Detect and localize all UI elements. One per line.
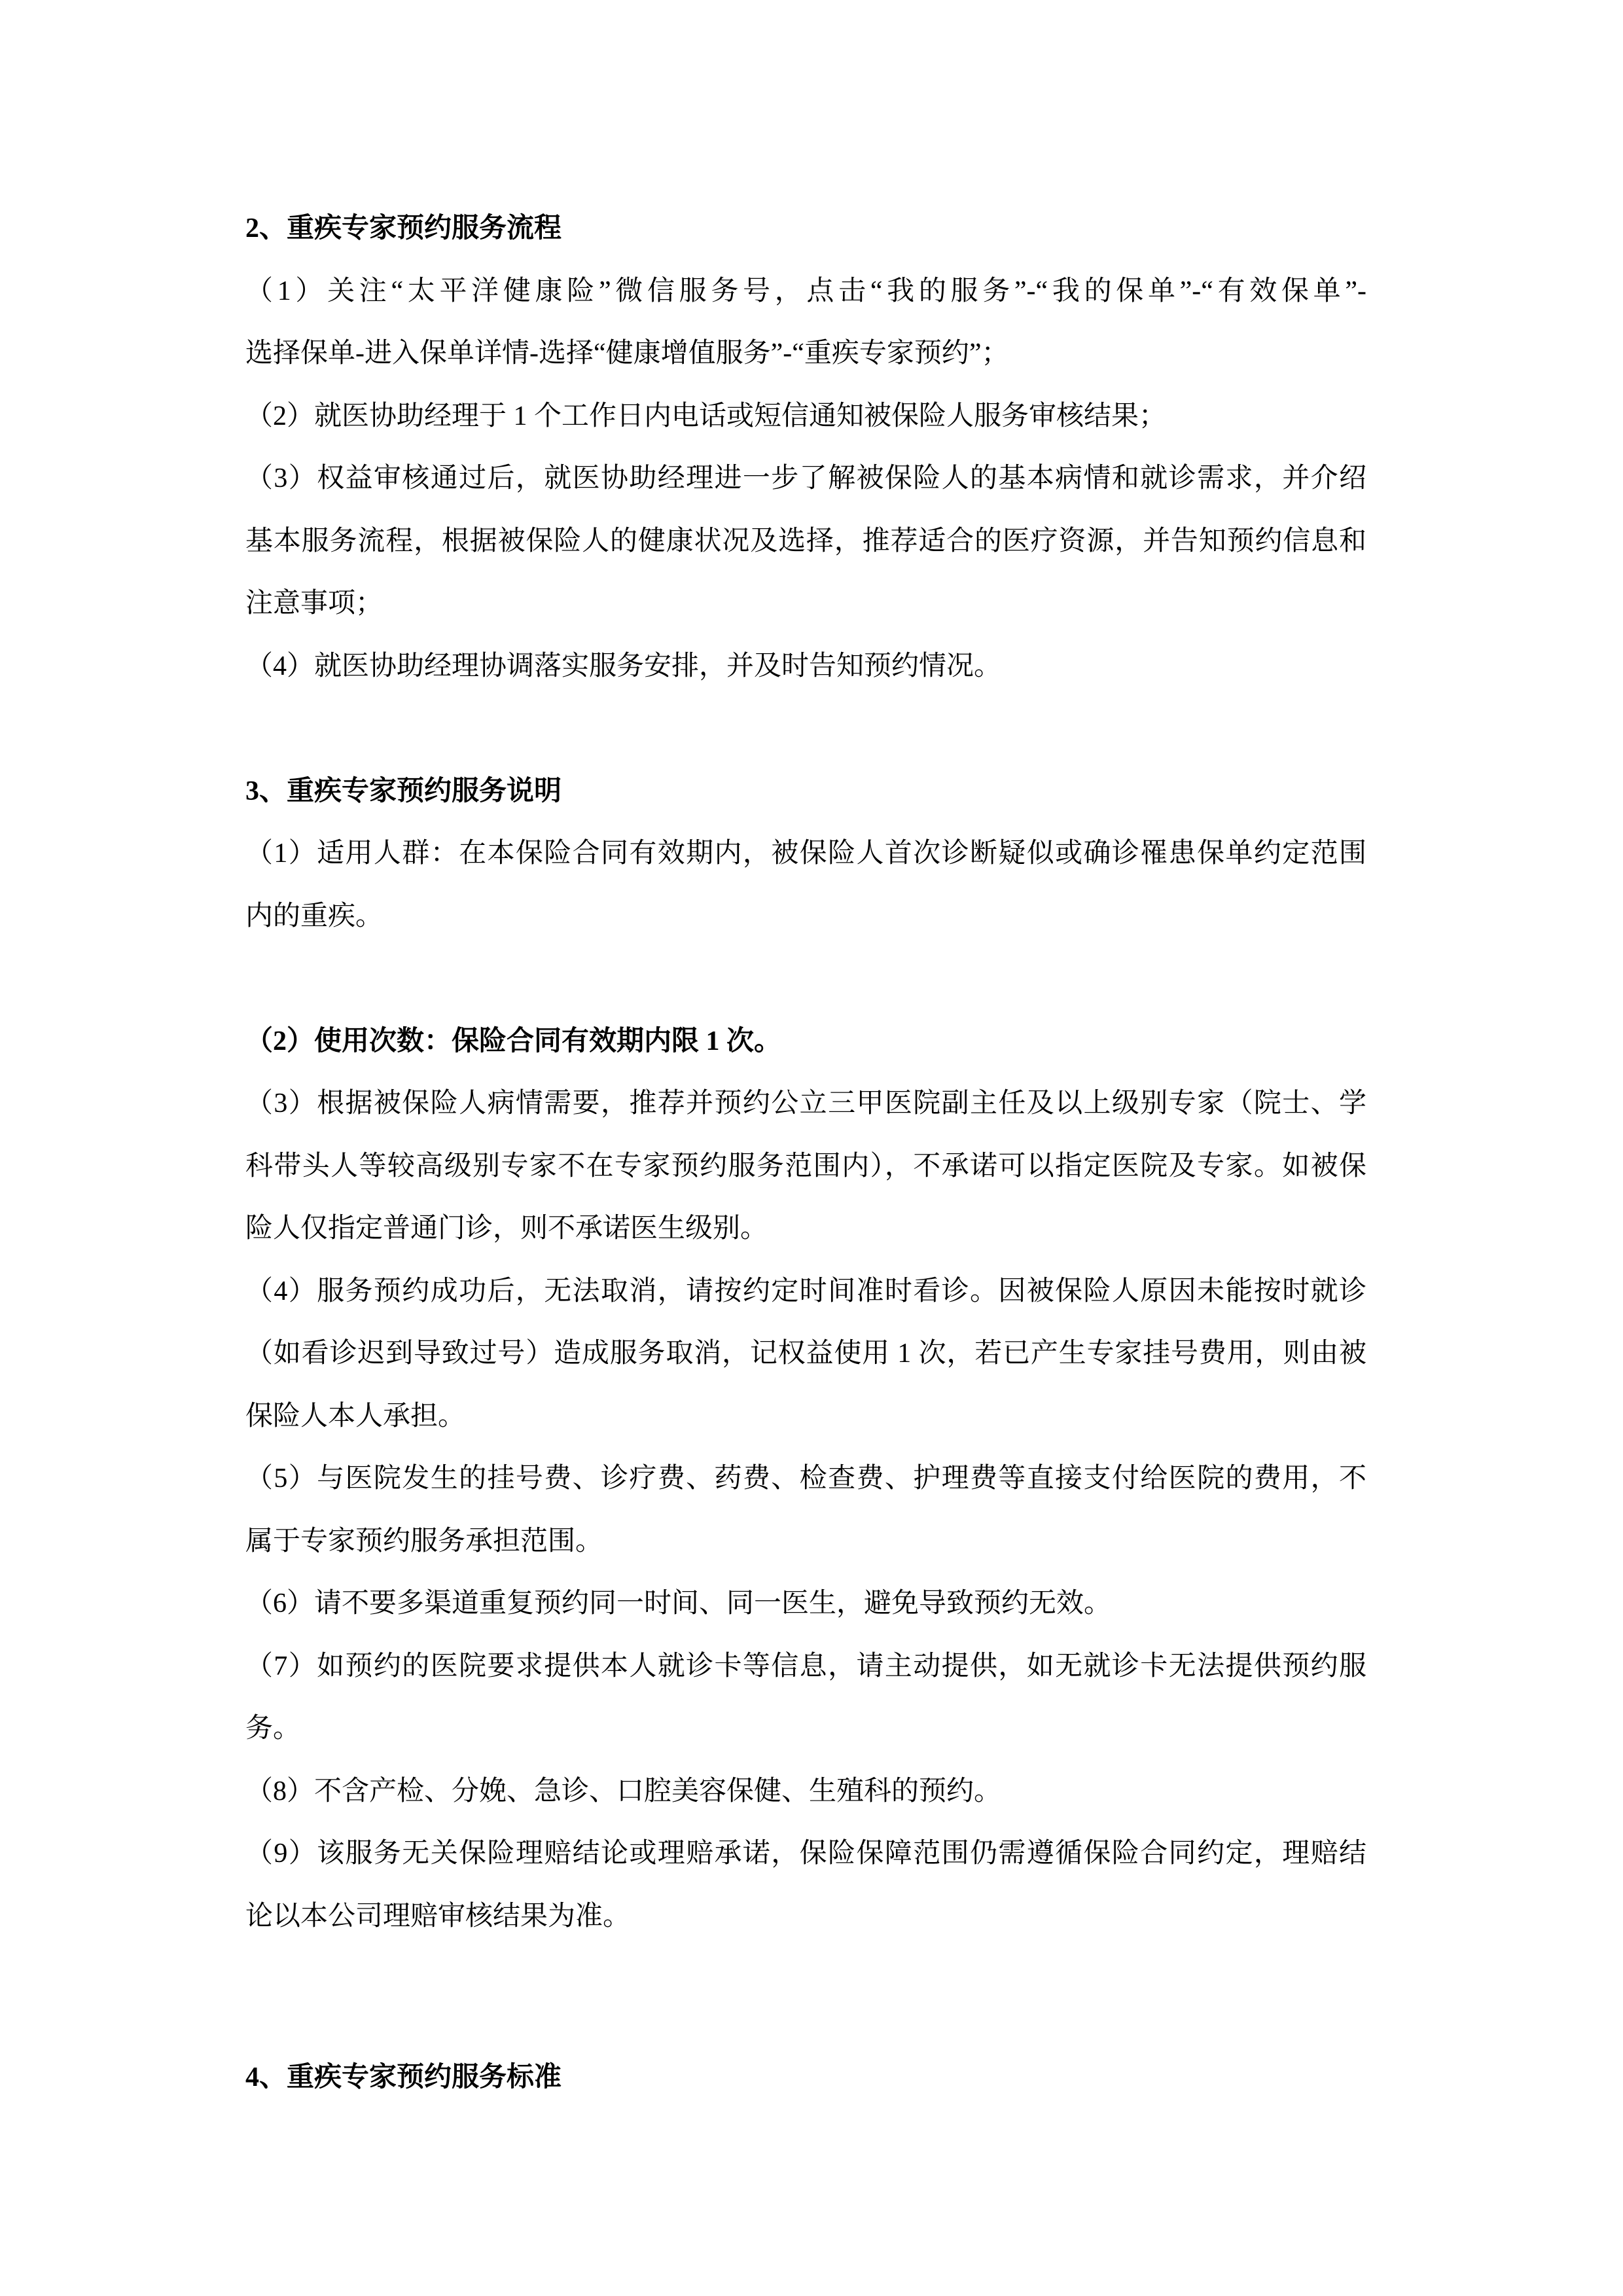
text-line: 基本服务流程，根据被保险人的健康状况及选择，推荐适合的医疗资源，并告知预约信息和 xyxy=(245,511,1366,573)
text-line: （1）适用人群：在本保险合同有效期内，被保险人首次诊断疑似或确诊罹患保单约定范围 xyxy=(245,823,1366,886)
text-line: 论以本公司理赔审核结果为准。 xyxy=(245,1886,1366,1948)
text-line: （5）与医院发生的挂号费、诊疗费、药费、检查费、护理费等直接支付给医院的费用，不 xyxy=(245,1448,1366,1511)
blank-line xyxy=(245,698,1366,761)
text-line: 注意事项； xyxy=(245,573,1366,636)
text-line: （3）权益审核通过后，就医协助经理进一步了解被保险人的基本病情和就诊需求，并介绍 xyxy=(245,448,1366,511)
text-line: 属于专家预约服务承担范围。 xyxy=(245,1511,1366,1573)
text-line: （8）不含产检、分娩、急诊、口腔美容保健、生殖科的预约。 xyxy=(245,1761,1366,1823)
paragraph: （3）根据被保险人病情需要，推荐并预约公立三甲医院副主任及以上级别专家（院士、学… xyxy=(245,1073,1366,1261)
paragraph: （6）请不要多渠道重复预约同一时间、同一医生，避免导致预约无效。 xyxy=(245,1573,1366,1636)
paragraph: （4）就医协助经理协调落实服务安排，并及时告知预约情况。 xyxy=(245,636,1366,698)
text-line: （6）请不要多渠道重复预约同一时间、同一医生，避免导致预约无效。 xyxy=(245,1573,1366,1636)
text-line: 险人仅指定普通门诊，则不承诺医生级别。 xyxy=(245,1198,1366,1261)
paragraph: （5）与医院发生的挂号费、诊疗费、药费、检查费、护理费等直接支付给医院的费用，不… xyxy=(245,1448,1366,1573)
text-line: 内的重疾。 xyxy=(245,886,1366,948)
paragraph: （8）不含产检、分娩、急诊、口腔美容保健、生殖科的预约。 xyxy=(245,1761,1366,1823)
paragraph: （7）如预约的医院要求提供本人就诊卡等信息，请主动提供，如无就诊卡无法提供预约服… xyxy=(245,1636,1366,1761)
text-line: （7）如预约的医院要求提供本人就诊卡等信息，请主动提供，如无就诊卡无法提供预约服 xyxy=(245,1636,1366,1698)
text-line: 务。 xyxy=(245,1698,1366,1761)
text-line: （2）就医协助经理于 1 个工作日内电话或短信通知被保险人服务审核结果； xyxy=(245,386,1366,448)
text-line: （4）就医协助经理协调落实服务安排，并及时告知预约情况。 xyxy=(245,636,1366,698)
paragraph: （2）使用次数：保险合同有效期内限 1 次。 xyxy=(245,1011,1366,1073)
section-heading: 2、重疾专家预约服务流程 xyxy=(245,198,1366,260)
paragraph: （9）该服务无关保险理赔结论或理赔承诺，保险保障范围仍需遵循保险合同约定，理赔结… xyxy=(245,1823,1366,1948)
text-line: （如看诊迟到导致过号）造成服务取消，记权益使用 1 次，若已产生专家挂号费用，则… xyxy=(245,1323,1366,1386)
text-line: 保险人本人承担。 xyxy=(245,1386,1366,1448)
paragraph: （2）就医协助经理于 1 个工作日内电话或短信通知被保险人服务审核结果； xyxy=(245,386,1366,448)
document-page: 2、重疾专家预约服务流程（1）关注“太平洋健康险”微信服务号，点击“我的服务”-… xyxy=(0,0,1623,2296)
section-heading: 4、重疾专家预约服务标准 xyxy=(245,2047,1366,2109)
blank-line xyxy=(245,948,1366,1011)
text-line: （2）使用次数：保险合同有效期内限 1 次。 xyxy=(245,1011,1366,1073)
text-line: （9）该服务无关保险理赔结论或理赔承诺，保险保障范围仍需遵循保险合同约定，理赔结 xyxy=(245,1823,1366,1886)
paragraph: （3）权益审核通过后，就医协助经理进一步了解被保险人的基本病情和就诊需求，并介绍… xyxy=(245,448,1366,636)
paragraph: （1）适用人群：在本保险合同有效期内，被保险人首次诊断疑似或确诊罹患保单约定范围… xyxy=(245,823,1366,948)
text-line: （4）服务预约成功后，无法取消，请按约定时间准时看诊。因被保险人原因未能按时就诊 xyxy=(245,1261,1366,1323)
text-line: （3）根据被保险人病情需要，推荐并预约公立三甲医院副主任及以上级别专家（院士、学 xyxy=(245,1073,1366,1136)
text-line: 选择保单-进入保单详情-选择“健康增值服务”-“重疾专家预约”； xyxy=(245,323,1366,386)
paragraph: （1）关注“太平洋健康险”微信服务号，点击“我的服务”-“我的保单”-“有效保单… xyxy=(245,260,1366,386)
paragraph: （4）服务预约成功后，无法取消，请按约定时间准时看诊。因被保险人原因未能按时就诊… xyxy=(245,1261,1366,1448)
blank-line xyxy=(245,1948,1366,2047)
text-line: 科带头人等较高级别专家不在专家预约服务范围内），不承诺可以指定医院及专家。如被保 xyxy=(245,1136,1366,1198)
text-line: （1）关注“太平洋健康险”微信服务号，点击“我的服务”-“我的保单”-“有效保单… xyxy=(245,260,1366,323)
section-heading: 3、重疾专家预约服务说明 xyxy=(245,761,1366,823)
